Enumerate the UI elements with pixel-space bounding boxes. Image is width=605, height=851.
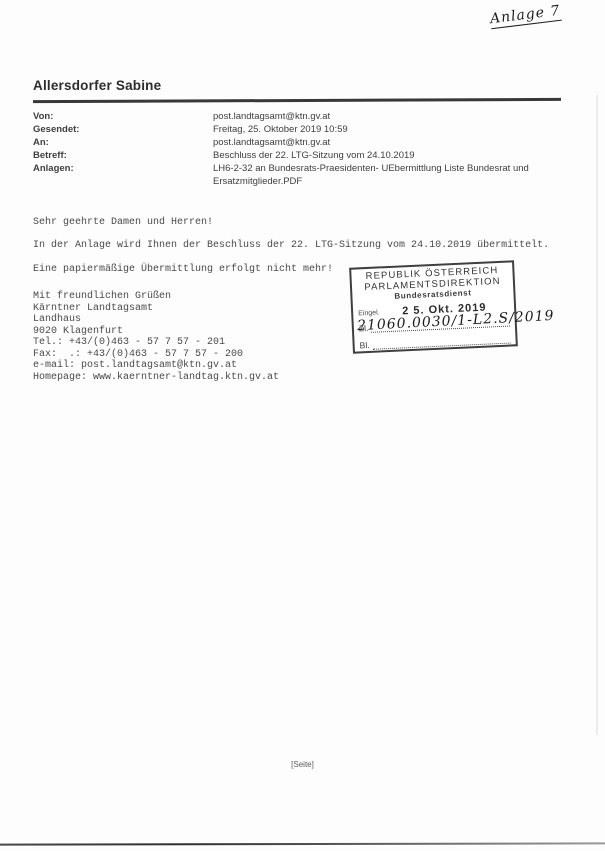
meta-label: Betreff: — [33, 150, 213, 163]
bl-dotted-line — [372, 334, 510, 350]
meta-value: post.landtagsamt@ktn.gv.at — [213, 111, 585, 124]
sender-name: Allersdorfer Sabine — [33, 78, 161, 93]
meta-row-gesendet: Gesendet: Freitag, 25. Oktober 2019 10:5… — [33, 124, 589, 137]
meta-label: Anlagen: — [33, 163, 213, 189]
header-divider — [33, 98, 561, 103]
bl-label: Bl. — [359, 340, 369, 350]
signature-org: Kärntner Landtagsamt — [33, 303, 279, 315]
signature-closing: Mit freundlichen Grüßen — [33, 291, 279, 303]
signature-address: Landhaus — [33, 314, 279, 326]
meta-label: Gesendet: — [33, 124, 213, 137]
meta-row-betreff: Betreff: Beschluss der 22. LTG-Sitzung v… — [33, 150, 589, 163]
meta-label: An: — [33, 137, 213, 150]
body-line: In der Anlage wird Ihnen der Beschluss d… — [33, 234, 549, 257]
received-label: Eingel. — [358, 309, 380, 317]
signature-city: 9020 Klagenfurt — [33, 326, 279, 338]
meta-value: Freitag, 25. Oktober 2019 10:59 — [213, 124, 585, 137]
meta-row-von: Von: post.landtagsamt@ktn.gv.at — [33, 111, 589, 124]
handwritten-annotation: Anlage 7 — [489, 3, 561, 29]
meta-label: Von: — [33, 111, 213, 124]
stamp-bl-row: Bl. — [354, 333, 515, 350]
signature-homepage: Homepage: www.kaerntner-landtag.ktn.gv.a… — [33, 372, 279, 384]
signature-email: e-mail: post.landtagsamt@ktn.gv.at — [33, 360, 279, 372]
attachment-filename: LH6-2-32 an Bundesrats-Praesidenten- UEb… — [213, 163, 585, 189]
page-marker: [Seite] — [0, 760, 605, 769]
email-meta-block: Von: post.landtagsamt@ktn.gv.at Gesendet… — [33, 111, 589, 188]
received-stamp: REPUBLIK ÖSTERREICH PARLAMENTSDIREKTION … — [349, 260, 518, 353]
scan-artifact-right-edge — [596, 95, 598, 735]
scanned-email-page: Anlage 7 Allersdorfer Sabine Von: post.l… — [0, 0, 605, 851]
meta-row-an: An: post.landtagsamt@ktn.gv.at — [33, 137, 589, 150]
meta-value: Beschluss der 22. LTG-Sitzung vom 24.10.… — [213, 150, 585, 163]
email-signature: Mit freundlichen Grüßen Kärntner Landtag… — [33, 291, 279, 383]
signature-fax: Fax: .: +43/(0)463 - 57 7 57 - 200 — [33, 349, 279, 361]
scan-artifact-bottom-edge — [0, 842, 605, 846]
salutation: Sehr geehrte Damen und Herren! — [33, 211, 549, 234]
meta-value: post.landtagsamt@ktn.gv.at — [213, 137, 585, 150]
signature-tel: Tel.: +43/(0)463 - 57 7 57 - 201 — [33, 337, 279, 349]
meta-row-anlagen: Anlagen: LH6-2-32 an Bundesrats-Praeside… — [33, 163, 589, 189]
